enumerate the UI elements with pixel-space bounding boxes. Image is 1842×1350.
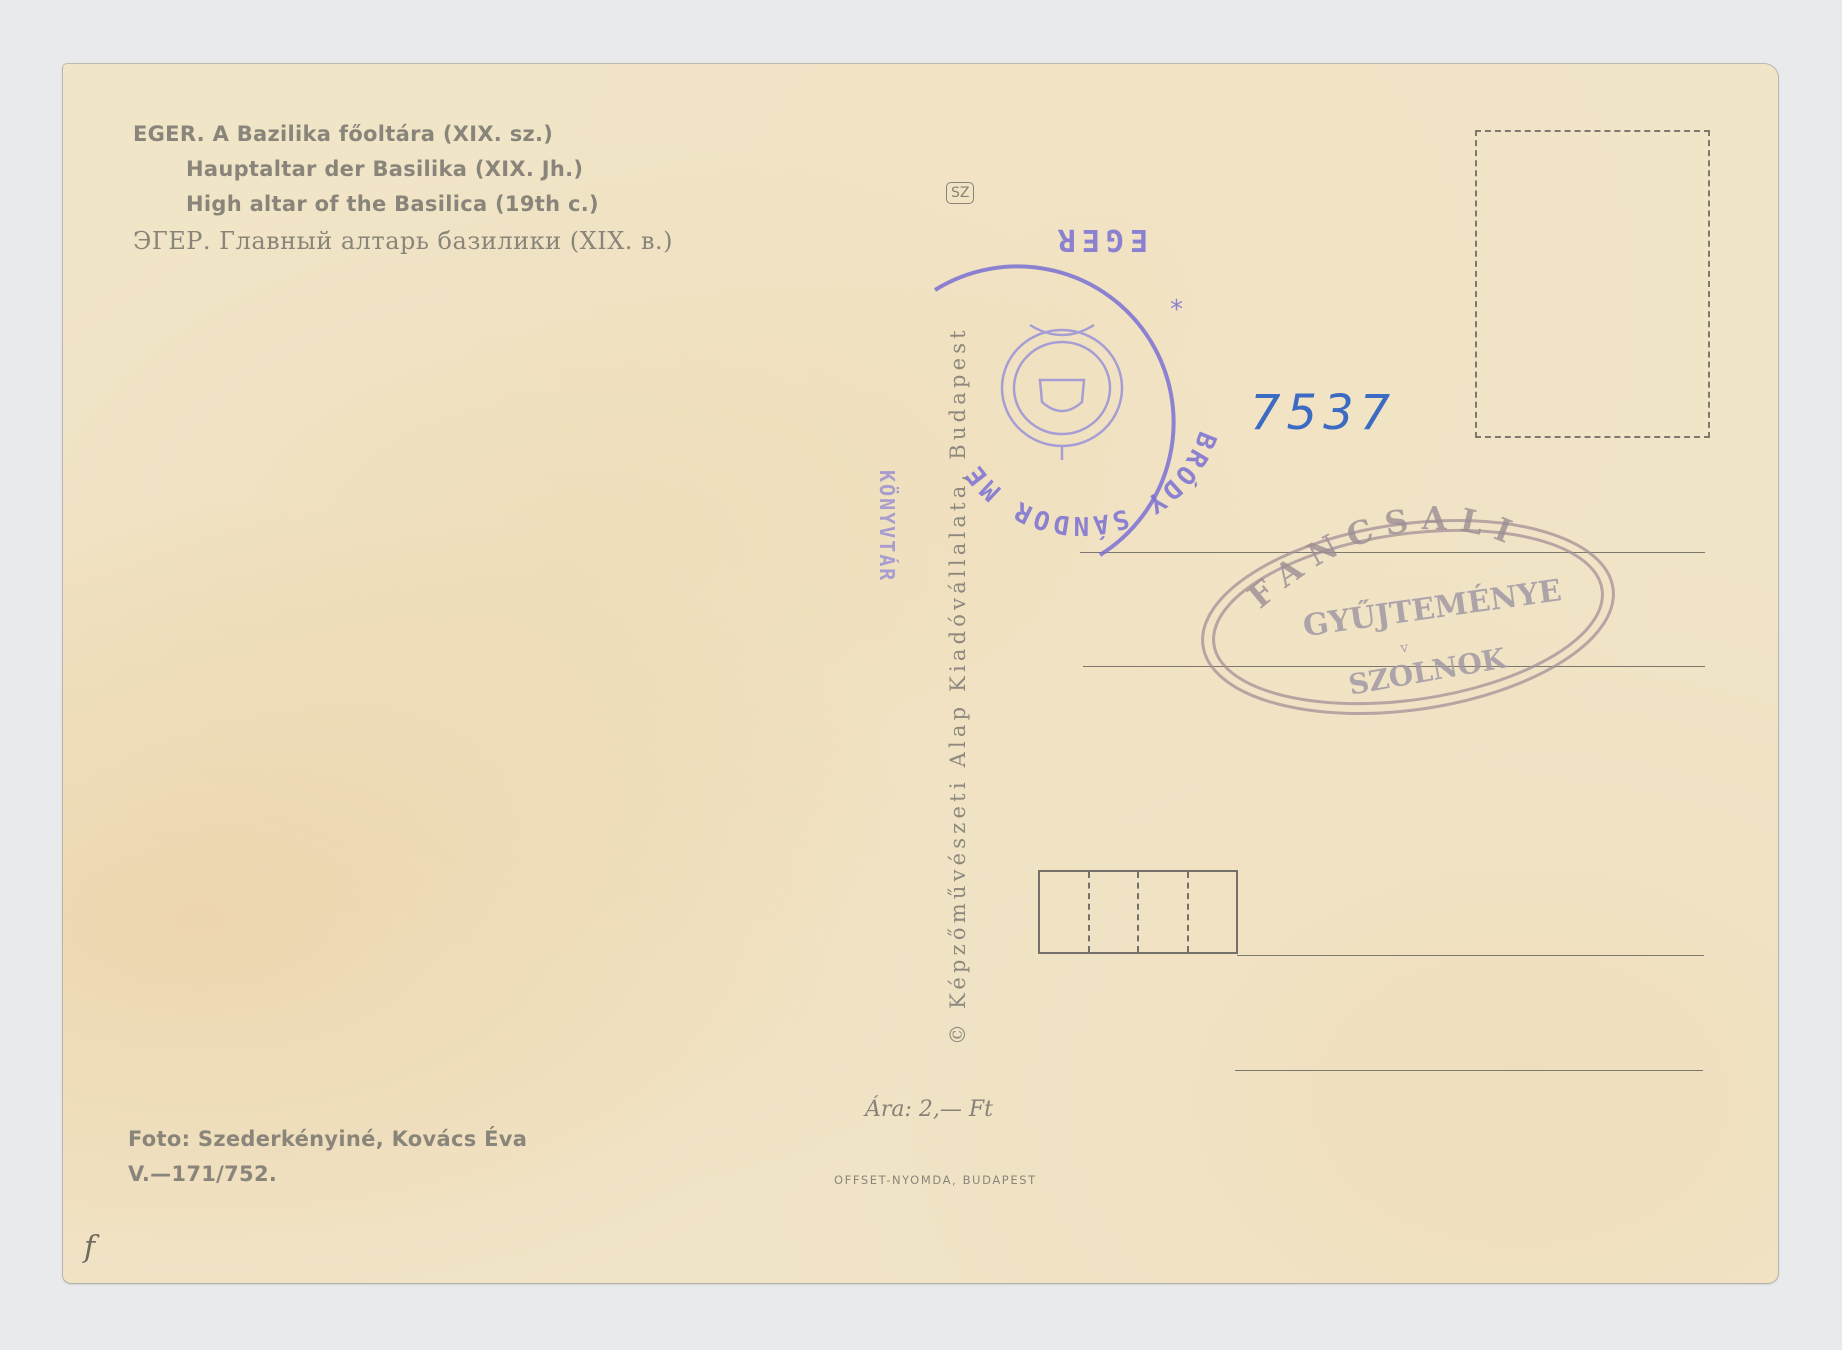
handwritten-inventory-number: 7537 — [1250, 385, 1396, 441]
postal-code-boxes — [1038, 870, 1238, 954]
postal-code-cell — [1189, 872, 1237, 952]
address-line-3 — [1237, 955, 1704, 956]
postal-code-cell — [1090, 872, 1140, 952]
pencil-mark: f — [84, 1230, 95, 1265]
address-line-1 — [1080, 552, 1705, 553]
printer-label: OFFSET-NYOMDA, BUDAPEST — [834, 1173, 1037, 1187]
caption-german: Hauptaltar der Basilika (XIX. Jh.) — [186, 157, 583, 181]
catalog-number: V.—171/752. — [128, 1162, 277, 1186]
address-line-4 — [1235, 1070, 1703, 1071]
price-label: Ára: 2,— Ft — [865, 1097, 993, 1122]
publisher-line: © Képzőművészeti Alap Kiadóvállalata, Bu… — [946, 326, 970, 1045]
caption-english: High altar of the Basilica (19th c.) — [186, 192, 599, 216]
address-line-2 — [1083, 666, 1705, 667]
photo-credit: Foto: Szederkényiné, Kovács Éva — [128, 1127, 527, 1151]
caption-russian: ЭГЕР. Главный алтарь базилики (XIX. в.) — [133, 227, 673, 255]
publisher-logo: SZ — [946, 182, 974, 204]
stamp-placeholder-box — [1475, 130, 1710, 438]
postal-code-cell — [1040, 872, 1090, 952]
postal-code-cell — [1139, 872, 1189, 952]
caption-hungarian: EGER. A Bazilika főoltára (XIX. sz.) — [133, 122, 553, 146]
